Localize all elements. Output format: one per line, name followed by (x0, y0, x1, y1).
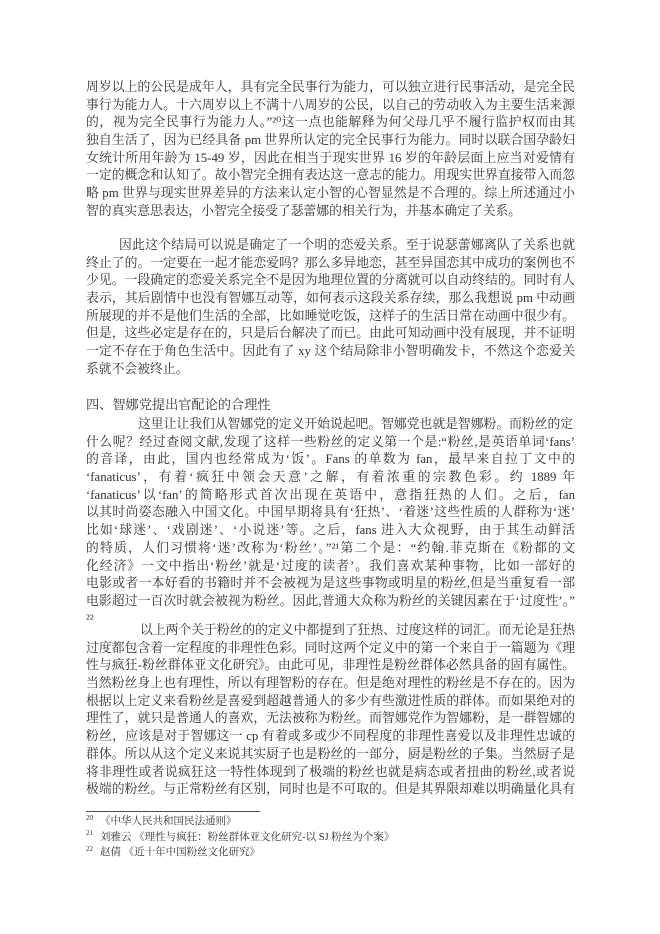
text-line: 一定的概念和认知了。故小智完全拥有表达这一意志的能力。用现实世界直接带入而忽 (86, 167, 575, 185)
text-line: 什么呢？经过查阅文献,发现了这样一些粉丝的定义第一个是:“粉丝,是英语单词‘fa… (86, 434, 575, 452)
text-line: 周岁以上的公民是成年人，具有完全民事行为能力，可以独立进行民事活动，是完全民 (86, 79, 575, 97)
text-line: 这里让让我们从智娜党的定义开始说起吧。智娜党也就是智娜粉。而粉丝的定义是 (86, 416, 575, 434)
footnote-text: 《中华人民共和国民法通则》 (100, 816, 237, 827)
text-line: 智的真实意思表达，小智完全接受了瑟蕾娜的相关行为，并基本确定了关系。 (86, 203, 575, 221)
paragraph-relationship-ending: 因此这个结局可以说是确定了一个明的恋爱关系。至于说瑟蕾娜离队了关系也就终止了的。… (86, 237, 575, 379)
text-line: 根据以上定义来看粉丝是喜爱到超越普通人的多少有些激进性质的群体。而如果绝对的 (86, 693, 575, 711)
text-line: 以上两个关于粉丝的的定义中都提到了狂热、过度这样的词汇。而无论是狂热还是 (86, 622, 575, 640)
paragraph-civil-capacity: 周岁以上的公民是成年人，具有完全民事行为能力，可以独立进行民事活动，是完全民事行… (86, 79, 575, 221)
text-line: ‘fanaticus’，有着‘疯狂中领会天意’之解，有着浓重的宗教色彩。约 18… (86, 469, 575, 487)
text-line: 电影超过一百次时就会被视为粉丝。因此,普通大众称为粉丝的关键因素在于‘过度性’。… (86, 593, 575, 611)
text-line: 比如‘球迷’、‘戏剧迷’、‘小说迷’等。之后，fans 进入大众视野，由于其生动… (86, 522, 575, 540)
text-line: 以其时尚姿态融入中国文化。中国早期将具有‘狂热’、‘着迷’这些性质的人群称为‘迷… (86, 504, 575, 522)
text-line: 当然粉丝身上也有理性，所以有理智粉的存在。但是绝对理性的粉丝是不存在的。因为 (86, 675, 575, 693)
text-line: 理性了，就只是普通人的喜欢，无法被称为粉丝。而智娜党作为智娜粉，是一群智娜的 (86, 710, 575, 728)
text-line: 一定不存在于角色生活中。因此有了 xy 这个结局除非小智明确发卡，不然这个恋爱关 (86, 343, 575, 361)
footnote: 21刘雅云 《理性与疯狂：粉丝群体亚文化研究-以 SJ 粉丝为个案》 (86, 830, 575, 846)
text-line: 少见。一段确定的恋爱关系完全不是因为地理位置的分离就可以自动终结的。同时有人 (86, 272, 575, 290)
paragraph-irrationality: 以上两个关于粉丝的的定义中都提到了狂热、过度这样的词汇。而无论是狂热还是过度都包… (86, 622, 575, 799)
text-line: 电影或者一本好看的书籍时并不会被视为是这些事物或明星的粉丝,但是当重复看一部 (86, 575, 575, 593)
text-line: 的音译，由此，国内也经常成为‘饭’。Fans 的单数为 fan，最早来自拉丁文中… (86, 451, 575, 469)
text-line: 略 pm 世界与现实世界差异的方法来认定小智的心智显然是不合理的。综上所述通过小 (86, 185, 575, 203)
footnote-marker: 22 (86, 845, 93, 853)
footnote-text: 赵倩 《近十年中国粉丝文化研究》 (100, 847, 260, 858)
text-line: 事行为能力人。十六周岁以上不满十八周岁的公民，以自己的劳动收入为主要生活来源 (86, 97, 575, 115)
footnote-separator (86, 811, 260, 812)
text-line: 因此这个结局可以说是确定了一个明的恋爱关系。至于说瑟蕾娜离队了关系也就 (86, 237, 575, 255)
footnote: 20《中华人民共和国民法通则》 (86, 814, 575, 830)
text-line: 性与疯狂-粉丝群体亚文化研究》。由此可见，非理性是粉丝群体必然具备的固有属性。 (86, 657, 575, 675)
footnote: 22赵倩 《近十年中国粉丝文化研究》 (86, 845, 575, 861)
text-line: 所展现的并不是他们生活的全部，比如睡觉吃饭，这样子的生活日常在动画中很少有。 (86, 308, 575, 326)
text-line: 系就不会被终止。 (86, 361, 575, 379)
footnote-marker: 21 (86, 830, 93, 838)
text-line: 将非理性或者说疯狂这一特性体现到了极端的粉丝也就是病态或者扭曲的粉丝,或者说 (86, 764, 575, 782)
text-line: 终止了的。一定要在一起才能恋爱吗？那么多异地恋，甚至异国恋其中成功的案例也不 (86, 255, 575, 273)
paragraph-fans-definition: 这里让让我们从智娜党的定义开始说起吧。智娜党也就是智娜粉。而粉丝的定义是什么呢？… (86, 416, 575, 628)
text-line: 的特质，人们习惯将‘迷’改称为‘粉丝’。”²¹第二个是：“约翰.菲克斯在《粉都的… (86, 540, 575, 558)
text-line: 独自生活了，因为已经具备 pm 世界所认定的完全民事行为能力。同时以联合国孕龄妇 (86, 132, 575, 150)
text-line: 的，视为完全民事行为能力人。”²⁰这一点也能解释为何父母几乎不履行监护权而由其 (86, 114, 575, 132)
footnote-marker: 20 (86, 814, 93, 822)
text-line: 化经济》一文中指出‘粉丝’就是‘过度的读者’。我们喜欢某种事物，比如一部好的 (86, 558, 575, 576)
text-line: 但是，这些必定是存在的，只是后台解决了而已。由此可知动画中没有展现，并不证明 (86, 325, 575, 343)
footnote-text: 刘雅云 《理性与疯狂：粉丝群体亚文化研究-以 SJ 粉丝为个案》 (100, 832, 394, 843)
text-line: 过度都包含着一定程度的非理性色彩。同时这两个定义中的第一个来自于一篇题为《理 (86, 640, 575, 658)
text-line: 极端的粉丝。与正常粉丝有区别，同时也是不可取的。但是其界限却难以明确量化具有 (86, 781, 575, 799)
document-page: 周岁以上的公民是成年人，具有完全民事行为能力，可以独立进行民事活动，是完全民事行… (0, 0, 660, 934)
section-heading: 四、智娜党提出官配论的合理性 (86, 396, 575, 414)
text-line: 群体。所以从这个定义来说其实厨子也是粉丝的一部分，厨是粉丝的子集。当然厨子是 (86, 746, 575, 764)
text-line: 表示，其后剧情中也没有智娜互动等，如何表示这段关系存续，那么我想说 pm 中动画 (86, 290, 575, 308)
footnotes-area: 20《中华人民共和国民法通则》 21刘雅云 《理性与疯狂：粉丝群体亚文化研究-以… (86, 814, 575, 861)
text-line: 女统计所用年龄为 15-49 岁，因此在相当于现实世界 16 岁的年龄层面上应当… (86, 150, 575, 168)
text-line: 粉丝，应该是对于智娜这一 cp 有着或多或少不同程度的非理性喜爱以及非理性忠诚的 (86, 728, 575, 746)
text-line: ‘fanaticus’以‘fan’的简略形式首次出现在英语中，意指狂热的人们。之… (86, 487, 575, 505)
